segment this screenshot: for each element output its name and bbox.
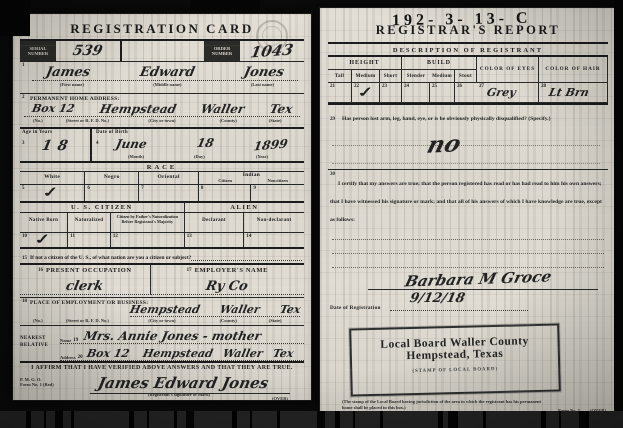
citizen-numbers-row: 10 ✓ 11 12 13 14 <box>20 232 304 247</box>
registrant-signature-sublabel: (Registrant's signature or mark) <box>148 392 210 397</box>
disqualified-question-row: 29 Has person lost arm, leg, hand, eye, … <box>328 105 608 125</box>
film-edge-strip <box>0 411 623 428</box>
place-city-value: Hempstead <box>129 303 202 316</box>
slender-label: Slender <box>402 70 430 83</box>
line-number-19: 19 <box>73 338 78 343</box>
place-county-value: Waller <box>218 303 260 316</box>
signature-row: P. M. G. O. Form No. 1 (Red) James Edwar… <box>20 373 304 400</box>
alien-header: ALIEN <box>185 203 304 212</box>
race-oriental-cell: 7 <box>139 185 199 201</box>
order-number-label: ORDER NUMBER <box>204 41 240 61</box>
non-declarant-cell: 14 <box>244 233 304 247</box>
disqualified-answer-value: no <box>424 130 464 159</box>
blank-answer-line <box>332 254 604 268</box>
edge-artifact <box>614 0 623 428</box>
form-number-label: Form No. 1 (Red) <box>20 382 78 387</box>
address-no-value: Box 12 <box>31 102 76 116</box>
native-born-label: Native Born <box>20 213 68 232</box>
race-negro-cell: 6 <box>85 185 139 201</box>
certify-text: I certify that my answers are true; that… <box>330 181 602 223</box>
nearest-relative-row: NEAREST RELATIVE Name 19 Mrs. Annie Jone… <box>20 325 304 361</box>
non-declarant-label: Non-declarant <box>244 213 304 232</box>
form-id-cell: P. M. G. O. Form No. 1 (Red) <box>20 373 78 400</box>
hair-value: Lt Brn <box>548 86 591 99</box>
height-medium-label: Medium <box>352 70 380 83</box>
employer-value-cell: Ry Co <box>151 275 304 295</box>
registration-date-value: 9/12/18 <box>408 291 466 306</box>
serial-order-row: SERIAL NUMBER 539 ORDER NUMBER 1043 <box>20 39 304 61</box>
tall-number: 21 <box>330 84 335 89</box>
line-number-18: 18 <box>22 299 27 304</box>
build-medium-cell: 25 <box>430 83 455 103</box>
naturalized-number: 11 <box>70 234 75 239</box>
declarant-label: Declarant <box>185 213 245 232</box>
dob-line-number: 4 <box>96 141 99 146</box>
nearest-relative-label-cell: NEAREST RELATIVE <box>20 326 60 361</box>
relative-name-line: Name 19 Mrs. Annie Jones - mother <box>60 326 304 344</box>
certify-paragraph-row: 30 I certify that my answers are true; t… <box>328 169 608 226</box>
name-writeline: James Edward Jones <box>32 65 298 81</box>
name-last: Jones <box>243 65 286 80</box>
slender-number: 24 <box>404 84 409 89</box>
description-of-registrant-header: DESCRIPTION OF REGISTRANT <box>328 42 608 55</box>
occupation-value-cell: clerk <box>20 275 151 295</box>
us-citizen-header: U. S. CITIZEN <box>20 203 185 212</box>
race-indian-citizen-label: Citizen <box>199 178 252 183</box>
dob-year-value: 1899 <box>253 137 289 154</box>
order-number-value: 1043 <box>249 41 295 62</box>
registrant-signature-cell: James Edward Jones (Registrant's signatu… <box>78 373 272 400</box>
dob-cell: Date of Birth 4 June (Month) 18 (Day) 18… <box>92 129 304 161</box>
age-dob-row: Age in Years 3 18 Date of Birth 4 June (… <box>20 127 304 161</box>
eyes-value: Grey <box>486 86 517 99</box>
board-stamp-code: 192- 3- 13- C <box>392 10 532 30</box>
name-middle: Edward <box>138 65 196 80</box>
registration-card: REGISTRATION CARD SERIAL NUMBER 539 ORDE… <box>13 14 311 400</box>
relative-address-city: Hempstead <box>142 347 215 360</box>
name-first: James <box>44 65 91 80</box>
middle-name-sublabel: (Middle name) <box>153 82 181 87</box>
order-number-cell: 1043 <box>240 41 304 61</box>
race-white-cell: 5 ✓ <box>20 185 85 201</box>
serial-order-gap <box>122 41 204 61</box>
build-medium-label: Medium <box>430 70 455 83</box>
place-county-sublabel: (County) <box>201 318 256 323</box>
line-number-20: 20 <box>78 355 83 360</box>
nation-question-text: If not a citizen of the U. S., of what n… <box>30 255 191 261</box>
line-number-29: 29 <box>330 117 335 122</box>
citizen-by-father-number: 12 <box>113 234 118 239</box>
age-line-number: 3 <box>22 141 25 146</box>
age-value: 18 <box>40 138 75 154</box>
race-indian-group: Indian Citizen Noncitizen <box>199 172 304 184</box>
race-indian-noncitizen-cell: 9 <box>251 185 304 201</box>
nearest-relative-values: Name 19 Mrs. Annie Jones - mother Addres… <box>60 326 304 361</box>
stamp-of-local-board-caption: (STAMP OF LOCAL BOARD) <box>412 367 498 374</box>
over-cell-left: (OVER) <box>272 373 304 400</box>
address-state-sublabel: (State) <box>256 118 295 123</box>
dob-year-sublabel: (Year) <box>256 154 268 159</box>
relative-address-state: Tex <box>271 347 294 360</box>
nearest-relative-label: NEAREST RELATIVE <box>20 335 54 349</box>
line-number-2: 2 <box>22 95 25 100</box>
address-state-value: Tex <box>268 102 293 116</box>
dob-day-value: 18 <box>196 136 216 150</box>
naturalized-cell: 11 <box>68 233 111 247</box>
name-row: 1 James Edward Jones (First name) (Middl… <box>20 61 304 93</box>
present-occupation-label: PRESENT OCCUPATION <box>46 267 132 274</box>
citizen-by-father-label: Citizen by Father's Naturalization Befor… <box>111 213 185 232</box>
occupation-value: clerk <box>65 279 105 294</box>
place-state-value: Tex <box>278 303 301 316</box>
line-number-17: 17 <box>187 268 192 273</box>
registrars-report-card: 192- 3- 13- C REGISTRAR'S REPORT DESCRIP… <box>320 8 616 412</box>
dob-label: Date of Birth <box>96 130 128 135</box>
scanned-draft-card-image: REGISTRATION CARD SERIAL NUMBER 539 ORDE… <box>0 0 623 428</box>
native-born-cell: 10 ✓ <box>20 233 68 247</box>
short-label: Short <box>380 70 402 83</box>
relative-name-value: Mrs. Annie Jones - mother <box>83 329 263 343</box>
blank-answer-line <box>332 240 604 254</box>
edge-artifact <box>190 0 260 12</box>
relative-name-label: Name <box>60 338 71 343</box>
non-declarant-number: 14 <box>246 234 251 239</box>
disqualified-answer-area: no <box>328 125 608 169</box>
local-board-stamp-box: Local Board Waller County Hempstead, Tex… <box>349 323 561 396</box>
naturalized-label: Naturalized <box>68 213 111 232</box>
age-label: Age in Years <box>22 130 52 135</box>
slender-cell: 24 <box>402 83 430 103</box>
address-county-value: Waller <box>200 102 246 116</box>
over-label-left: (OVER) <box>272 396 288 401</box>
relative-address-no: Box 12 <box>85 347 130 360</box>
nation-question-row: 15 If not a citizen of the U. S., of wha… <box>20 247 304 263</box>
occupation-header-row: 16 PRESENT OCCUPATION 17 EMPLOYER'S NAME <box>20 263 304 275</box>
address-no-sublabel: (No.) <box>24 118 52 123</box>
first-name-sublabel: (First name) <box>60 82 84 87</box>
eyes-number: 27 <box>479 84 484 89</box>
disqualified-question-text: Has person lost arm, leg, hand, eye, or … <box>342 116 550 122</box>
race-negro-number: 6 <box>87 186 90 191</box>
stout-number: 26 <box>457 84 462 89</box>
relative-address-label: Address <box>60 355 76 360</box>
date-of-registration-row: 9/12/18 Date of Registration <box>328 294 608 316</box>
place-writeline: Hempstead Waller Tex <box>130 303 300 317</box>
line-number-16: 16 <box>38 268 43 273</box>
race-white-label: White <box>20 172 85 184</box>
citizen-labels-row: Native Born Naturalized Citizen by Fathe… <box>20 212 304 232</box>
occupation-values-row: clerk Ry Co <box>20 275 304 297</box>
race-white-checkmark: ✓ <box>41 184 60 202</box>
registrar-signature-value: Barbara M Groce <box>403 267 553 290</box>
date-of-registration-label: Date of Registration <box>330 305 381 311</box>
age-cell: Age in Years 3 18 <box>20 129 92 161</box>
race-indian-sublabels: Citizen Noncitizen <box>199 178 304 183</box>
line-number-1: 1 <box>22 63 25 68</box>
declarant-cell: 13 <box>185 233 245 247</box>
short-number: 23 <box>382 84 387 89</box>
height-medium-cell: 22 ✓ <box>352 83 380 103</box>
rule-line <box>390 310 528 311</box>
height-header: HEIGHT <box>328 57 402 70</box>
line-number-15: 15 <box>22 256 27 261</box>
place-sublabels: (No.) (Street or R. F. D. No.) (City or … <box>20 317 304 323</box>
relative-address-line: Address 20 Box 12 Hempstead Waller Tex <box>60 344 304 361</box>
employer-name-label: EMPLOYER'S NAME <box>195 267 268 274</box>
footnote-text: (The stamp of the Local Board having jur… <box>342 399 552 412</box>
last-name-sublabel: (Last name) <box>251 82 274 87</box>
eyes-value-cell: 27 Grey <box>477 83 539 103</box>
race-white-number: 5 <box>22 186 25 191</box>
blank-answer-line <box>332 226 604 240</box>
race-header: RACE <box>20 161 304 171</box>
stout-label: Stout <box>455 70 477 83</box>
line-number-30: 30 <box>330 172 335 177</box>
race-indian-citizen-number: 8 <box>201 186 204 191</box>
employer-value: Ry Co <box>205 279 250 294</box>
dob-month-value: June <box>115 137 149 151</box>
local-board-city: Hempstead, Texas <box>406 348 503 362</box>
build-medium-number: 25 <box>432 84 437 89</box>
race-oriental-label: Oriental <box>139 172 199 184</box>
serial-number-label: SERIAL NUMBER <box>20 41 56 61</box>
place-of-employment-row: 18 PLACE OF EMPLOYMENT OR BUSINESS: Hemp… <box>20 297 304 325</box>
name-sublabels: (First name) (Middle name) (Last name) <box>20 81 304 87</box>
description-table: HEIGHT BUILD COLOR OF EYES COLOR OF HAIR… <box>328 55 608 105</box>
hair-value-cell: 28 Lt Brn <box>539 83 608 103</box>
tall-label: Tall <box>328 70 352 83</box>
declarant-number: 13 <box>187 234 192 239</box>
dob-month-sublabel: (Month) <box>128 154 144 159</box>
tall-cell: 21 <box>328 83 352 103</box>
color-of-eyes-header: COLOR OF EYES <box>477 57 539 83</box>
race-labels-row: White Negro Oriental Indian Citizen Nonc… <box>20 171 304 184</box>
short-cell: 23 <box>380 83 402 103</box>
address-writeline: Box 12 Hempstead Waller Tex <box>24 102 300 117</box>
address-city-value: Hempstead <box>98 102 177 116</box>
nation-question-blank <box>191 253 302 261</box>
hair-number: 28 <box>541 84 546 89</box>
address-street-sublabel: (Street or R. F. D. No.) <box>52 118 124 123</box>
address-county-sublabel: (County) <box>201 118 256 123</box>
rule-line <box>332 163 600 164</box>
race-numbers-row: 5 ✓ 6 7 8 9 <box>20 184 304 201</box>
native-born-number: 10 <box>22 234 27 239</box>
address-row: 2 PERMANENT HOME ADDRESS: Box 12 Hempste… <box>20 93 304 127</box>
relative-address-county: Waller <box>221 347 263 360</box>
serial-number-cell: 539 <box>56 41 122 61</box>
employer-header-cell: 17 EMPLOYER'S NAME <box>151 265 304 275</box>
affirmation-text: I AFFIRM THAT I HAVE VERIFIED ABOVE ANSW… <box>20 361 304 373</box>
rule-line <box>332 145 600 146</box>
place-street-sublabel: (Street or R. F. D. No.) <box>52 318 124 323</box>
place-state-sublabel: (State) <box>256 318 295 323</box>
address-city-sublabel: (City or town) <box>123 118 200 123</box>
address-sublabels: (No.) (Street or R. F. D. No.) (City or … <box>20 117 304 123</box>
serial-number-value: 539 <box>72 43 105 59</box>
race-indian-citizen-cell: 8 <box>199 185 252 201</box>
race-negro-label: Negro <box>85 172 139 184</box>
race-indian-noncitizen-label: Noncitizen <box>251 178 304 183</box>
citizen-by-father-cell: 12 <box>111 233 185 247</box>
place-no-sublabel: (No.) <box>24 318 52 323</box>
registrar-signature-row: Barbara M Groce <box>328 268 608 294</box>
native-born-checkmark: ✓ <box>33 231 52 249</box>
report-title-row: 192- 3- 13- C REGISTRAR'S REPORT <box>328 12 608 42</box>
stout-cell: 26 <box>455 83 477 103</box>
registrant-signature-value: James Edward Jones <box>90 374 294 394</box>
dob-day-sublabel: (Day) <box>194 154 205 159</box>
citizen-alien-header-row: U. S. CITIZEN ALIEN <box>20 201 304 212</box>
height-medium-checkmark: ✓ <box>356 84 375 102</box>
build-header: BUILD <box>402 57 477 70</box>
occupation-header-cell: 16 PRESENT OCCUPATION <box>20 265 151 275</box>
color-of-hair-header: COLOR OF HAIR <box>539 57 608 83</box>
corner-artifact <box>0 0 30 36</box>
race-indian-noncitizen-number: 9 <box>253 186 256 191</box>
place-city-sublabel: (City or town) <box>123 318 200 323</box>
race-oriental-number: 7 <box>141 186 144 191</box>
